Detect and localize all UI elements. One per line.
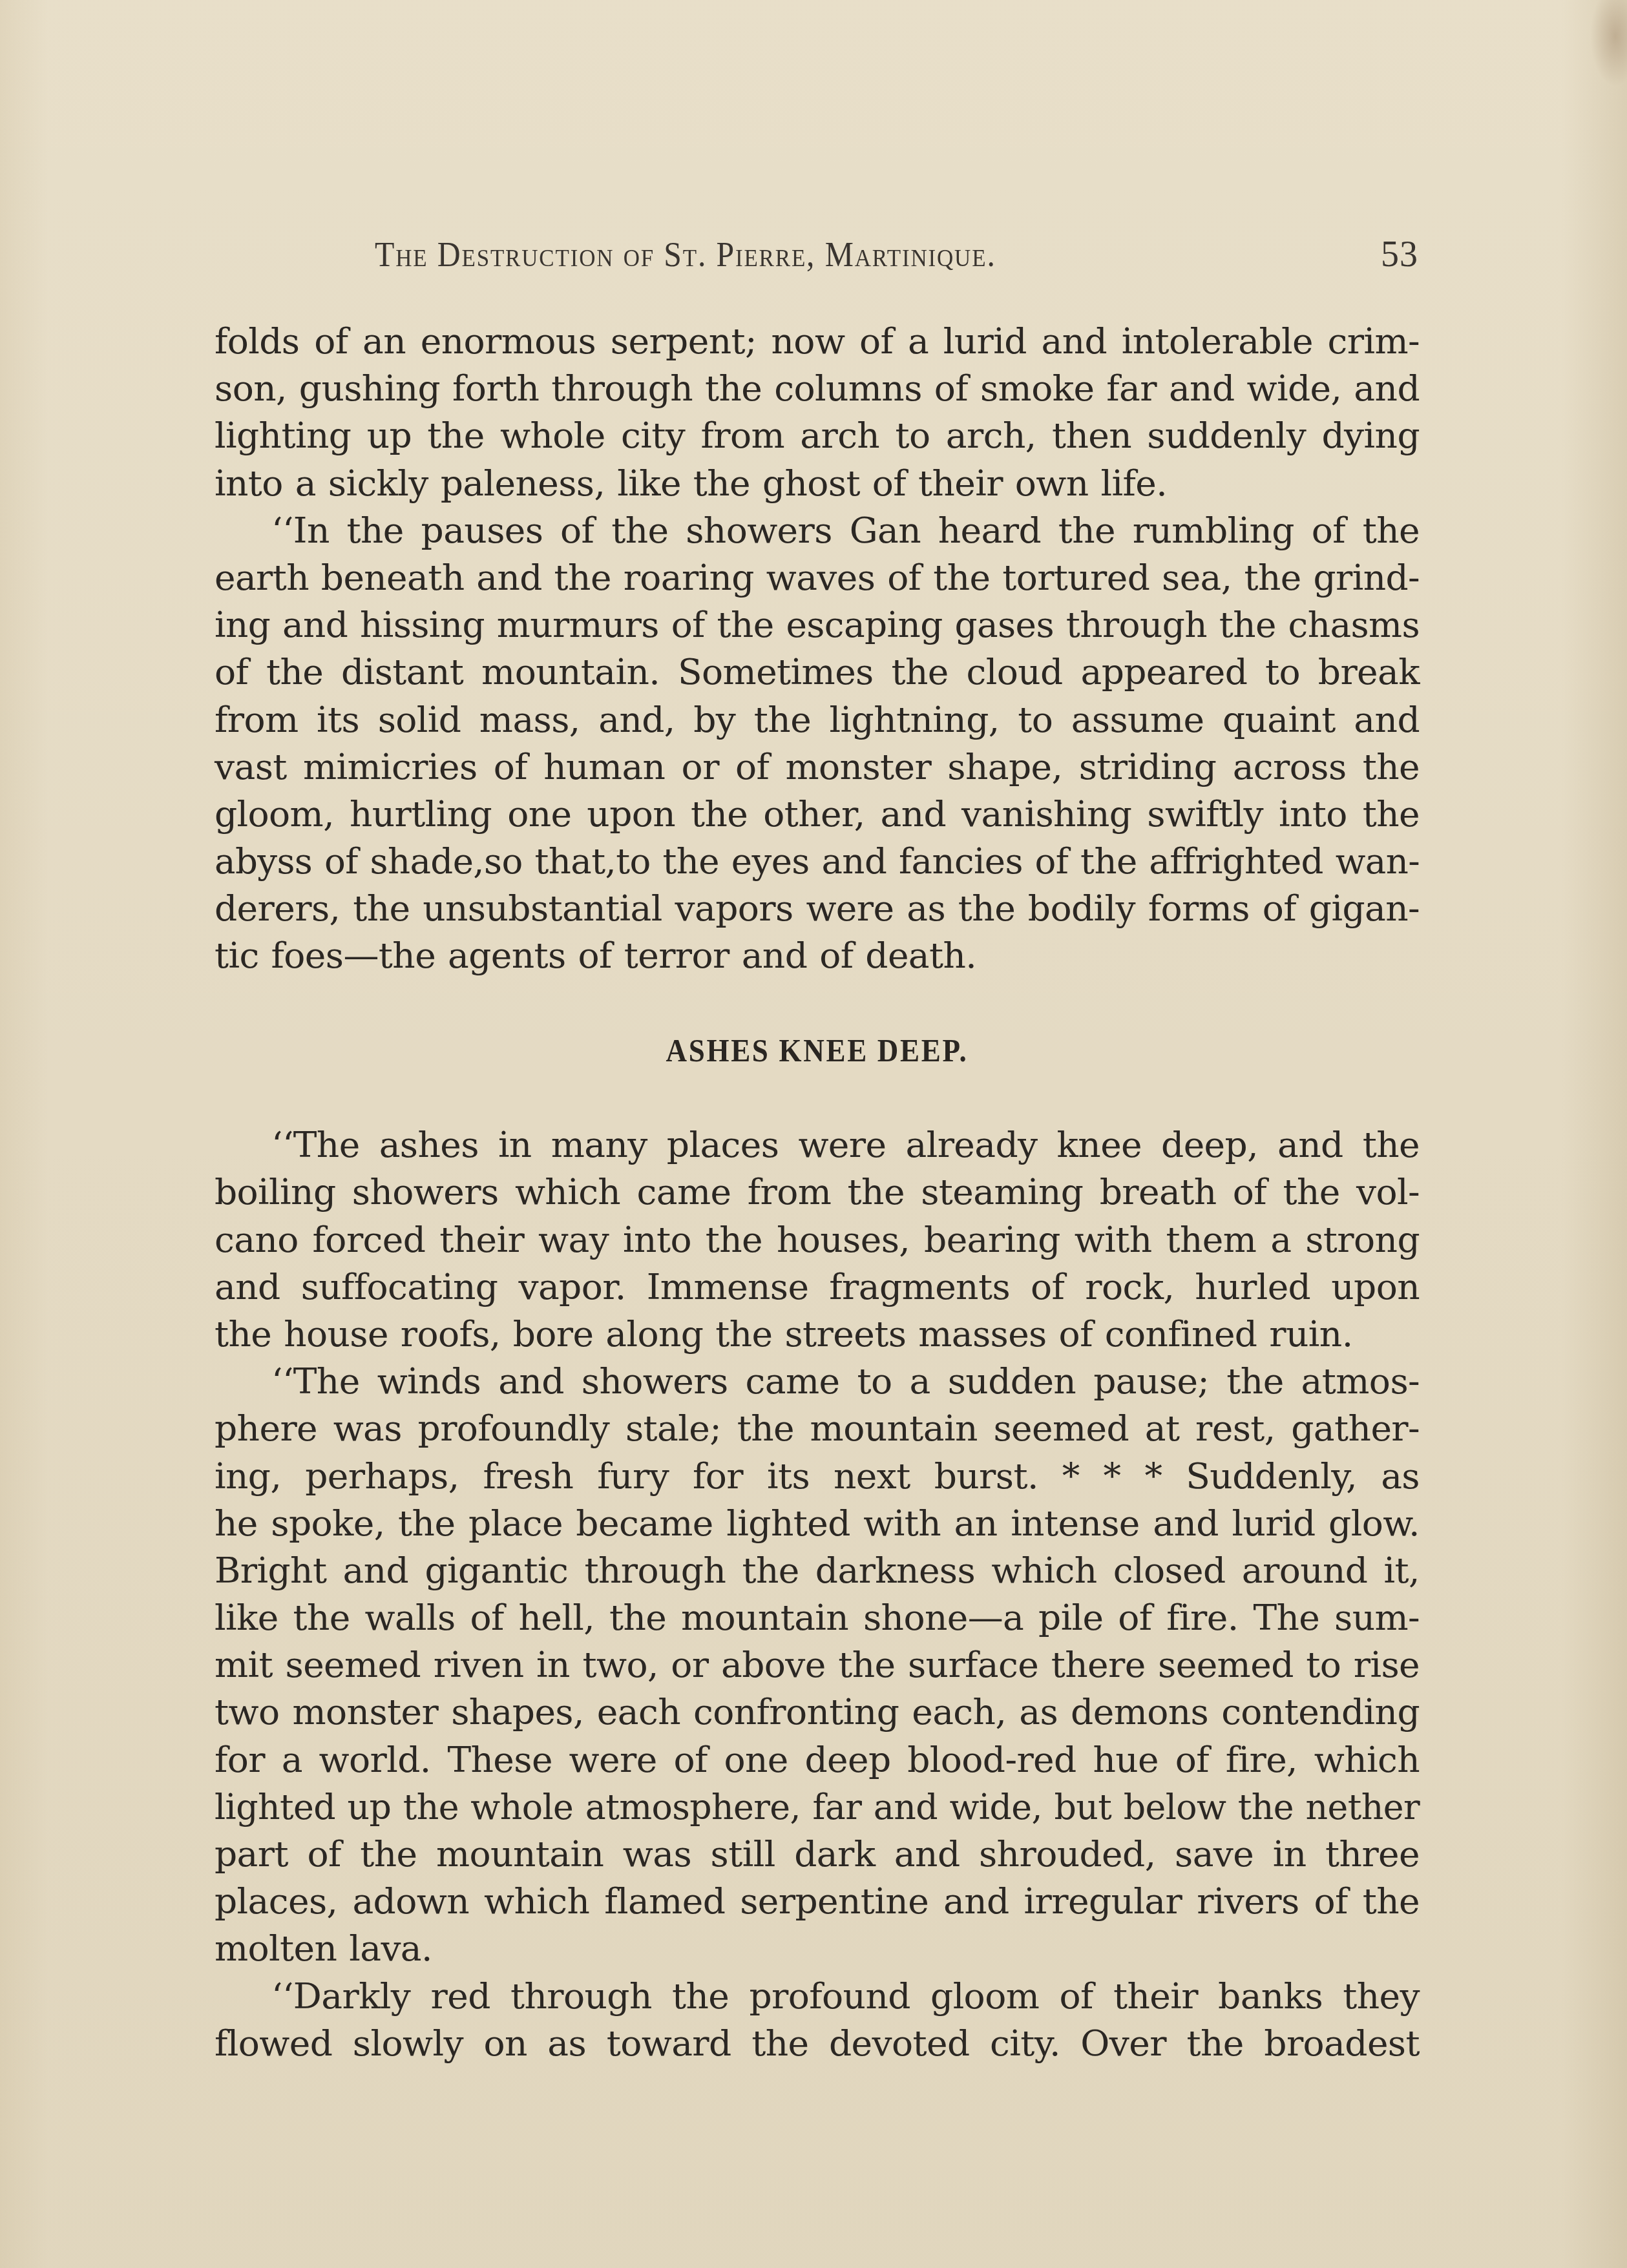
- text-line: phere was profoundly stale; the mountain…: [215, 1405, 1420, 1452]
- spacer: [215, 980, 1420, 1027]
- text-line: derers, the unsubstantial vapors were as…: [215, 885, 1420, 932]
- text-line: Bright and gigantic through the darkness…: [215, 1547, 1420, 1594]
- text-line: for a world. These were of one deep bloo…: [215, 1736, 1420, 1784]
- text-line: like the walls of hell, the mountain sho…: [215, 1594, 1420, 1641]
- spacer: [215, 1074, 1420, 1121]
- text-line: ing, perhaps, fresh fury for its next bu…: [215, 1453, 1420, 1500]
- text-line: earth beneath and the roaring waves of t…: [215, 554, 1420, 601]
- text-line: flowed slowly on as toward the devoted c…: [215, 2020, 1420, 2067]
- text-line: abyss of shade,so that,to the eyes and f…: [215, 838, 1420, 885]
- text-line: lighted up the whole atmosphere, far and…: [215, 1784, 1420, 1831]
- page-stain: [1588, 0, 1627, 90]
- text-line: tic foes—the agents of terror and of dea…: [215, 932, 1420, 979]
- text-line: places, adown which flamed serpentine an…: [215, 1878, 1420, 1925]
- text-line: from its solid mass, and, by the lightni…: [215, 696, 1420, 744]
- text-line: ‘‘Darkly red through the profound gloom …: [215, 1973, 1420, 2020]
- text-line: ‘‘In the pauses of the showers Gan heard…: [215, 507, 1420, 554]
- text-line: son, gushing forth through the columns o…: [215, 365, 1420, 412]
- text-line: folds of an enormous serpent; now of a l…: [215, 318, 1420, 365]
- text-line: the house roofs, bore along the streets …: [215, 1311, 1420, 1358]
- text-line: ‘‘The winds and showers came to a sudden…: [215, 1358, 1420, 1405]
- text-line: two monster shapes, each confronting eac…: [215, 1689, 1420, 1736]
- text-line: molten lava.: [215, 1925, 1420, 1972]
- text-line: lighting up the whole city from arch to …: [215, 412, 1420, 459]
- book-page: The Destruction of St. Pierre, Martiniqu…: [0, 0, 1627, 2268]
- text-line: ‘‘The ashes in many places were already …: [215, 1121, 1420, 1169]
- body-text: folds of an enormous serpent; now of a l…: [215, 318, 1420, 2067]
- page-number: 53: [1381, 234, 1418, 275]
- text-line: cano forced their way into the houses, b…: [215, 1216, 1420, 1264]
- running-head: The Destruction of St. Pierre, Martiniqu…: [375, 234, 1418, 279]
- running-title: The Destruction of St. Pierre, Martiniqu…: [375, 234, 996, 275]
- text-line: he spoke, the place became lighted with …: [215, 1500, 1420, 1547]
- text-line: part of the mountain was still dark and …: [215, 1831, 1420, 1878]
- text-line: gloom, hurtling one upon the other, and …: [215, 791, 1420, 838]
- text-line: into a sickly paleness, like the ghost o…: [215, 460, 1420, 507]
- text-line: of the distant mountain. Sometimes the c…: [215, 649, 1420, 696]
- text-line: and suffocating vapor. Immense fragments…: [215, 1264, 1420, 1311]
- text-line: ing and hissing murmurs of the escaping …: [215, 601, 1420, 649]
- text-line: mit seemed riven in two, or above the su…: [215, 1641, 1420, 1689]
- section-heading: ASHES KNEE DEEP.: [275, 1027, 1359, 1074]
- text-line: boiling showers which came from the stea…: [215, 1169, 1420, 1216]
- text-line: vast mimicries of human or of monster sh…: [215, 744, 1420, 791]
